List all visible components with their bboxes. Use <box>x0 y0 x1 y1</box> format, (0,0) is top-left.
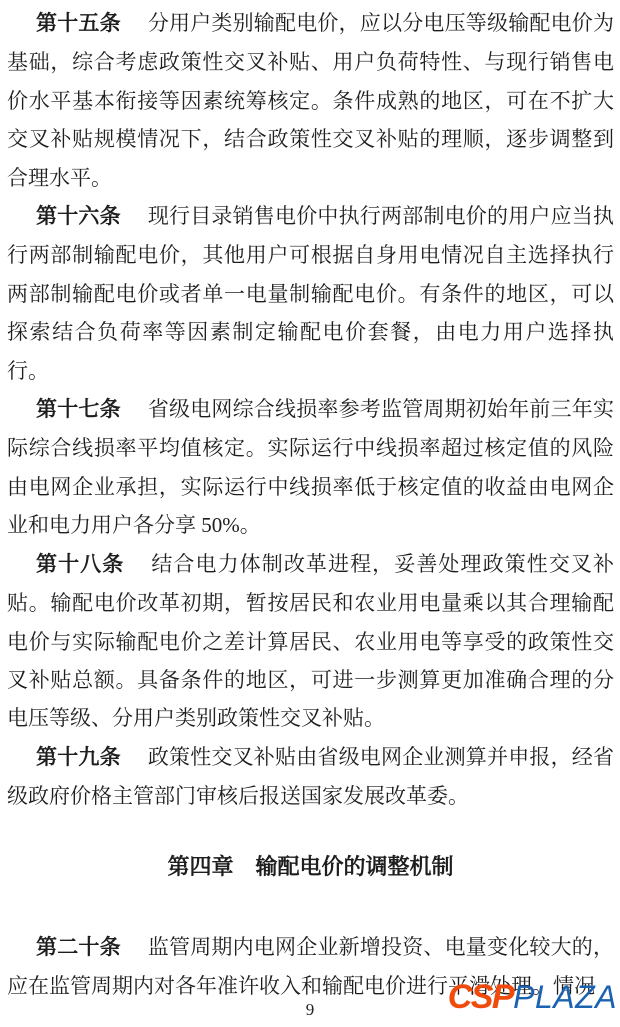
article-15-label: 第十五条 <box>36 12 121 35</box>
logo-plaza: PLAZA <box>513 979 617 1015</box>
article-16-text: 现行目录销售电价中执行两部制电价的用户应当执行两部制输配电价，其他用户可根据自身… <box>7 204 614 383</box>
article-15-paragraph: 第十五条分用户类别输配电价，应以分电压等级输配电价为基础，综合考虑政策性交叉补贴… <box>7 4 614 197</box>
chapter-number: 第四章 <box>167 848 233 886</box>
article-17-paragraph: 第十七条省级电网综合线损率参考监管周期初始年前三年实际综合线损率平均值核定。实际… <box>7 390 614 545</box>
chapter-title: 输配电价的调整机制 <box>256 848 454 886</box>
article-19-paragraph: 第十九条政策性交叉补贴由省级电网企业测算并申报，经省级政府价格主管部门审核后报送… <box>7 738 614 816</box>
article-19-label: 第十九条 <box>36 746 121 769</box>
article-18-paragraph: 第十八条结合电力体制改革进程，妥善处理政策性交叉补贴。输配电价改革初期，暂按居民… <box>7 545 614 738</box>
chapter-4-heading: 第四章输配电价的调整机制 <box>7 848 614 886</box>
article-18-text: 结合电力体制改革进程，妥善处理政策性交叉补贴。输配电价改革初期，暂按居民和农业用… <box>7 552 614 731</box>
article-16-paragraph: 第十六条现行目录销售电价中执行两部制电价的用户应当执行两部制输配电价，其他用户可… <box>7 197 614 390</box>
csp-plaza-logo: CSPPLAZA <box>448 980 617 1014</box>
document-page: 第十五条分用户类别输配电价，应以分电压等级输配电价为基础，综合考虑政策性交叉补贴… <box>0 0 620 1006</box>
article-17-label: 第十七条 <box>36 398 121 421</box>
article-15-text: 分用户类别输配电价，应以分电压等级输配电价为基础，综合考虑政策性交叉补贴、用户负… <box>7 11 614 190</box>
article-16-label: 第十六条 <box>36 205 121 228</box>
article-20-label: 第二十条 <box>36 936 121 959</box>
article-18-label: 第十八条 <box>36 553 124 576</box>
logo-csp: CSP <box>448 978 513 1016</box>
